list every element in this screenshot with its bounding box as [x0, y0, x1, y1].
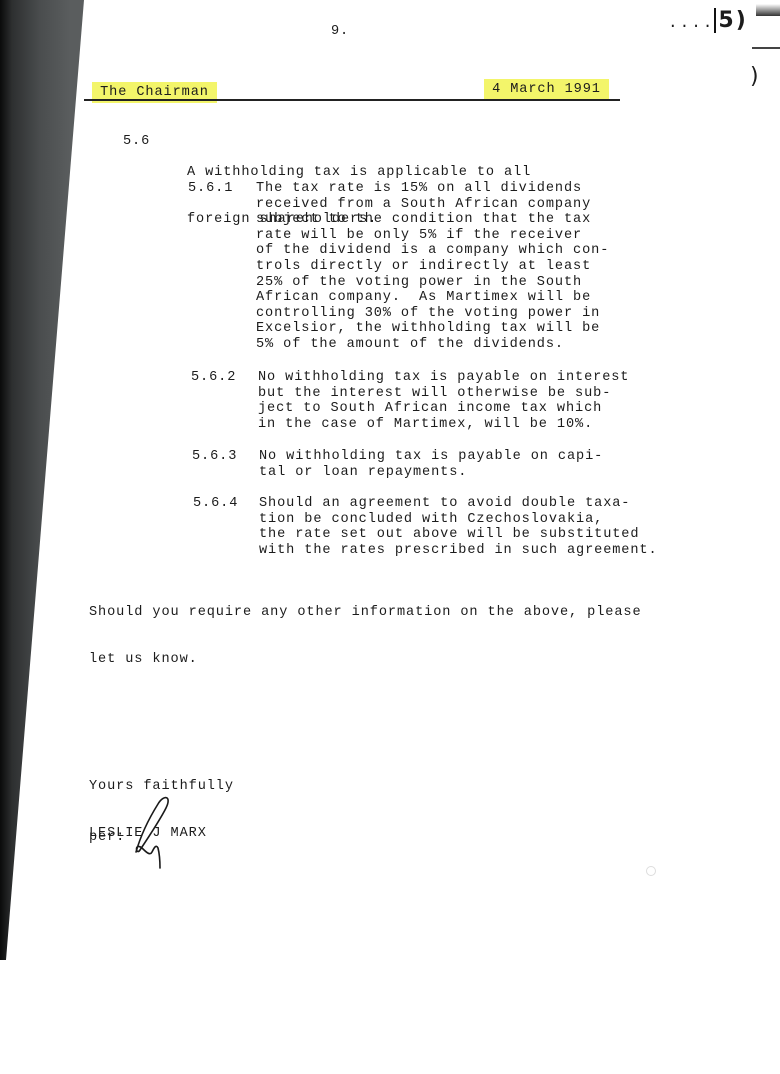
subsection-number: 5.6.2 — [191, 370, 236, 386]
margin-bracket: ) — [750, 64, 759, 89]
scan-speck — [646, 866, 656, 876]
text-line: The tax rate is 15% on all dividends — [256, 181, 609, 197]
text-line: with the rates prescribed in such agreem… — [259, 543, 658, 559]
handwritten-signature — [126, 790, 176, 870]
subsection-number: 5.6.1 — [188, 181, 233, 197]
text-line: No withholding tax is payable on interes… — [258, 370, 629, 386]
recipient-label: The Chairman — [74, 69, 217, 100]
text-line: subject to the condition that the tax — [256, 212, 609, 228]
per-label: per: — [89, 830, 125, 846]
text-line: Should you require any other information… — [89, 605, 642, 621]
text-line: the rate set out above will be substitut… — [259, 527, 658, 543]
corner-dots: .... — [668, 14, 714, 32]
subsection-text: Should an agreement to avoid double taxa… — [259, 496, 658, 558]
corner-annotation: ....5) — [668, 8, 748, 33]
text-line: Should an agreement to avoid double taxa… — [259, 496, 658, 512]
subsection-text: No withholding tax is payable on interes… — [258, 370, 629, 432]
text-line: ject to South African income tax which — [258, 401, 629, 417]
text-line: received from a South African company — [256, 197, 609, 213]
subsection-number: 5.6.4 — [193, 496, 238, 512]
scan-artifact-line — [752, 47, 780, 49]
handwritten-page-number: 5) — [714, 8, 747, 33]
text-line: African company. As Martimex will be — [256, 290, 609, 306]
text-line: trols directly or indirectly at least — [256, 259, 609, 275]
scan-artifact — [756, 4, 780, 16]
subsection-number: 5.6.3 — [192, 449, 237, 465]
text-line: rate will be only 5% if the receiver — [256, 228, 609, 244]
page-number: 9. — [331, 24, 349, 40]
section-number: 5.6 — [123, 134, 150, 150]
text-line: 25% of the voting power in the South — [256, 275, 609, 291]
text-line: Excelsior, the withholding tax will be — [256, 321, 609, 337]
text-line: but the interest will otherwise be sub- — [258, 386, 629, 402]
text-line: tion be concluded with Czechoslovakia, — [259, 512, 658, 528]
text-line: tal or loan repayments. — [259, 465, 603, 481]
text-line: 5% of the amount of the dividends. — [256, 337, 609, 353]
closing-paragraph: Should you require any other information… — [89, 574, 642, 683]
subsection-text: No withholding tax is payable on capi-ta… — [259, 449, 603, 480]
text-line: let us know. — [89, 652, 642, 668]
header-rule — [84, 99, 620, 101]
text-line: controlling 30% of the voting power in — [256, 306, 609, 322]
text-line: A withholding tax is applicable to all — [187, 165, 531, 181]
subsection-text: The tax rate is 15% on all dividendsrece… — [256, 181, 609, 353]
text-line: of the dividend is a company which con- — [256, 243, 609, 259]
letter-date: 4 March 1991 — [466, 66, 609, 97]
text-line: in the case of Martimex, will be 10%. — [258, 417, 629, 433]
scan-shadow-edge — [0, 0, 90, 1074]
date-highlight: 4 March 1991 — [484, 79, 609, 100]
text-line: No withholding tax is payable on capi- — [259, 449, 603, 465]
